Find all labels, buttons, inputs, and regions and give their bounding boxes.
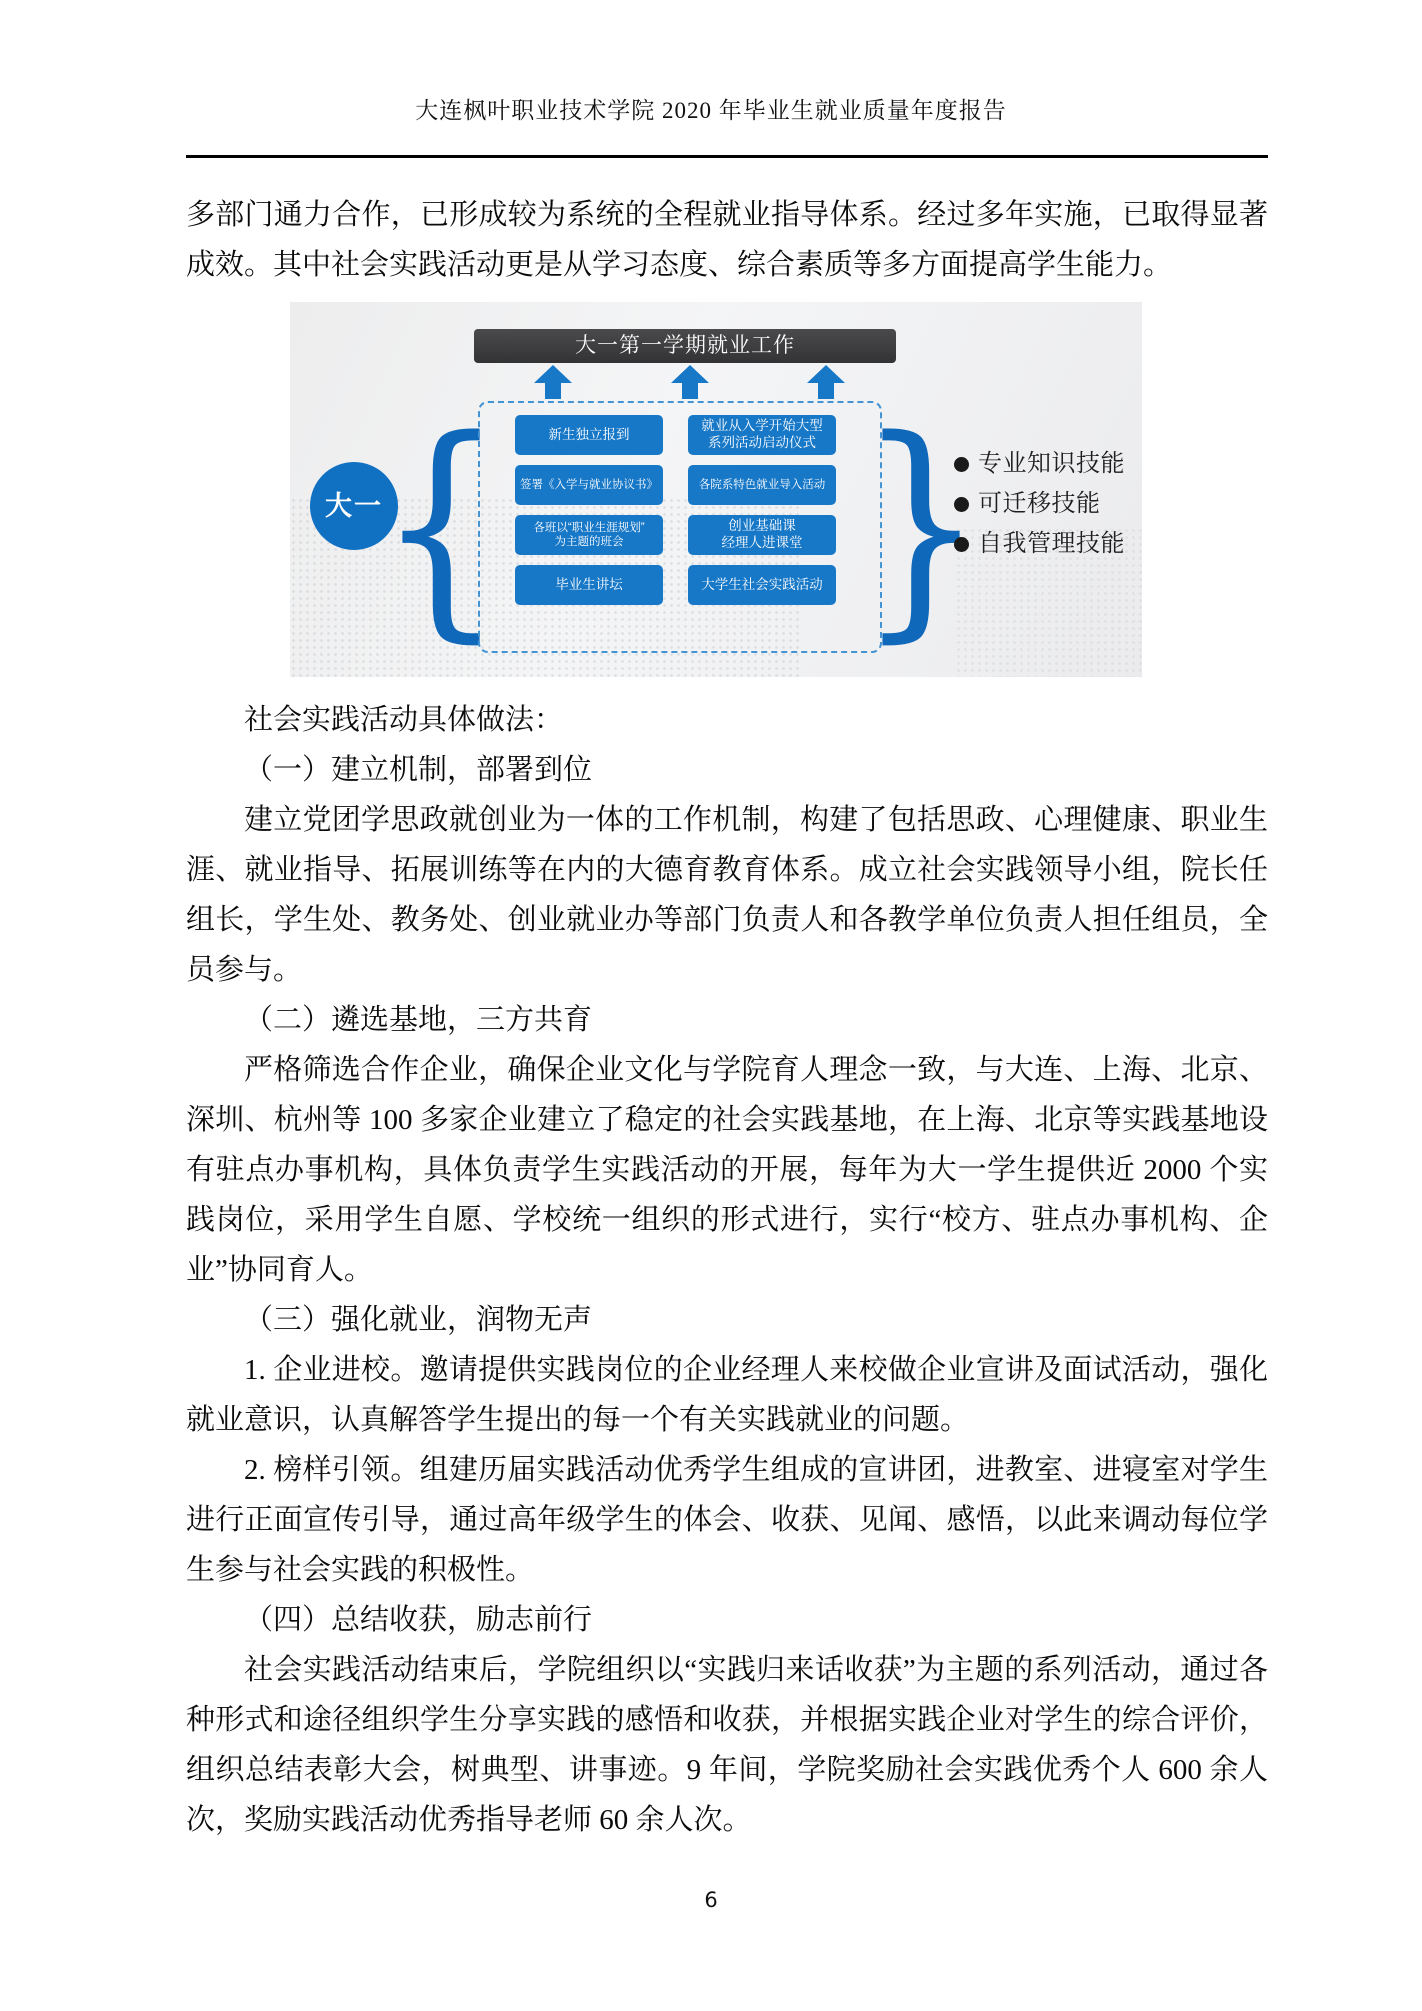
section-heading-2: （二）遴选基地，三方共育 bbox=[186, 995, 1268, 1045]
skill-item: 可迁移技能 bbox=[954, 484, 1142, 524]
paragraph: 2. 榜样引领。组建历届实践活动优秀学生组成的宣讲团，进教室、进寝室对学生进行正… bbox=[186, 1445, 1268, 1595]
bullet-dot-icon bbox=[954, 537, 969, 552]
body-content: 多部门通力合作，已形成较为系统的全程就业指导体系。经过多年实施，已取得显著成效。… bbox=[186, 190, 1268, 1845]
activities-group-box: 新生独立报到 就业从入学开始大型 系列活动启动仪式 签署《入学与就业协议书》 各… bbox=[478, 401, 882, 653]
diagram-title-bar: 大一第一学期就业工作 bbox=[474, 329, 896, 363]
up-arrow-icon bbox=[671, 365, 709, 400]
section-heading-1: （一）建立机制，部署到位 bbox=[186, 745, 1268, 795]
arrow-head bbox=[534, 365, 572, 383]
bullet-dot-icon bbox=[954, 457, 969, 472]
paragraph: 1. 企业进校。邀请提供实践岗位的企业经理人来校做企业宣讲及面试活动，强化就业意… bbox=[186, 1345, 1268, 1445]
paragraph: 建立党团学思政就创业为一体的工作机制，构建了包括思政、心理健康、职业生涯、就业指… bbox=[186, 795, 1268, 995]
semester-employment-diagram: 大一第一学期就业工作 大一 新生独立报到 就业从入学开始大型 系列活动启动仪式 … bbox=[290, 302, 1142, 677]
paragraph-lead: 社会实践活动具体做法： bbox=[186, 695, 1268, 745]
paragraph-intro: 多部门通力合作，已形成较为系统的全程就业指导体系。经过多年实施，已取得显著成效。… bbox=[186, 190, 1268, 290]
paragraph: 社会实践活动结束后，学院组织以“实践归来话收获”为主题的系列活动，通过各种形式和… bbox=[186, 1645, 1268, 1845]
up-arrow-icon bbox=[807, 365, 845, 400]
skills-list: 专业知识技能 可迁移技能 自我管理技能 bbox=[954, 444, 1142, 564]
skill-item: 自我管理技能 bbox=[954, 524, 1142, 564]
arrow-head bbox=[807, 365, 845, 383]
paragraph: 严格筛选合作企业，确保企业文化与学院育人理念一致，与大连、上海、北京、深圳、杭州… bbox=[186, 1045, 1268, 1295]
activity-box: 就业从入学开始大型 系列活动启动仪式 bbox=[688, 415, 836, 455]
arrow-stem bbox=[682, 383, 698, 399]
activity-box: 创业基础课 经理人进课堂 bbox=[688, 515, 836, 555]
bullet-dot-icon bbox=[954, 497, 969, 512]
section-heading-3: （三）强化就业，润物无声 bbox=[186, 1295, 1268, 1345]
arrow-head bbox=[671, 365, 709, 383]
up-arrow-icon bbox=[534, 365, 572, 400]
activity-box: 签署《入学与就业协议书》 bbox=[515, 465, 663, 505]
right-brace-icon bbox=[891, 407, 951, 647]
activity-box: 毕业生讲坛 bbox=[515, 565, 663, 605]
skill-label: 自我管理技能 bbox=[978, 519, 1125, 569]
page-header-title: 大连枫叶职业技术学院 2020 年毕业生就业质量年度报告 bbox=[0, 96, 1422, 126]
header-divider bbox=[186, 155, 1268, 158]
arrow-stem bbox=[545, 383, 561, 399]
activity-box: 大学生社会实践活动 bbox=[688, 565, 836, 605]
section-heading-4: （四）总结收获，励志前行 bbox=[186, 1595, 1268, 1645]
report-page: 大连枫叶职业技术学院 2020 年毕业生就业质量年度报告 多部门通力合作，已形成… bbox=[0, 0, 1422, 2011]
left-brace-icon bbox=[411, 407, 471, 647]
activity-box: 各班以“职业生涯规划” 为主题的班会 bbox=[515, 515, 663, 555]
page-number: 6 bbox=[0, 1888, 1422, 1912]
activity-box: 新生独立报到 bbox=[515, 415, 663, 455]
skill-item: 专业知识技能 bbox=[954, 444, 1142, 484]
arrow-stem bbox=[818, 383, 834, 399]
activity-box: 各院系特色就业导入活动 bbox=[688, 465, 836, 505]
